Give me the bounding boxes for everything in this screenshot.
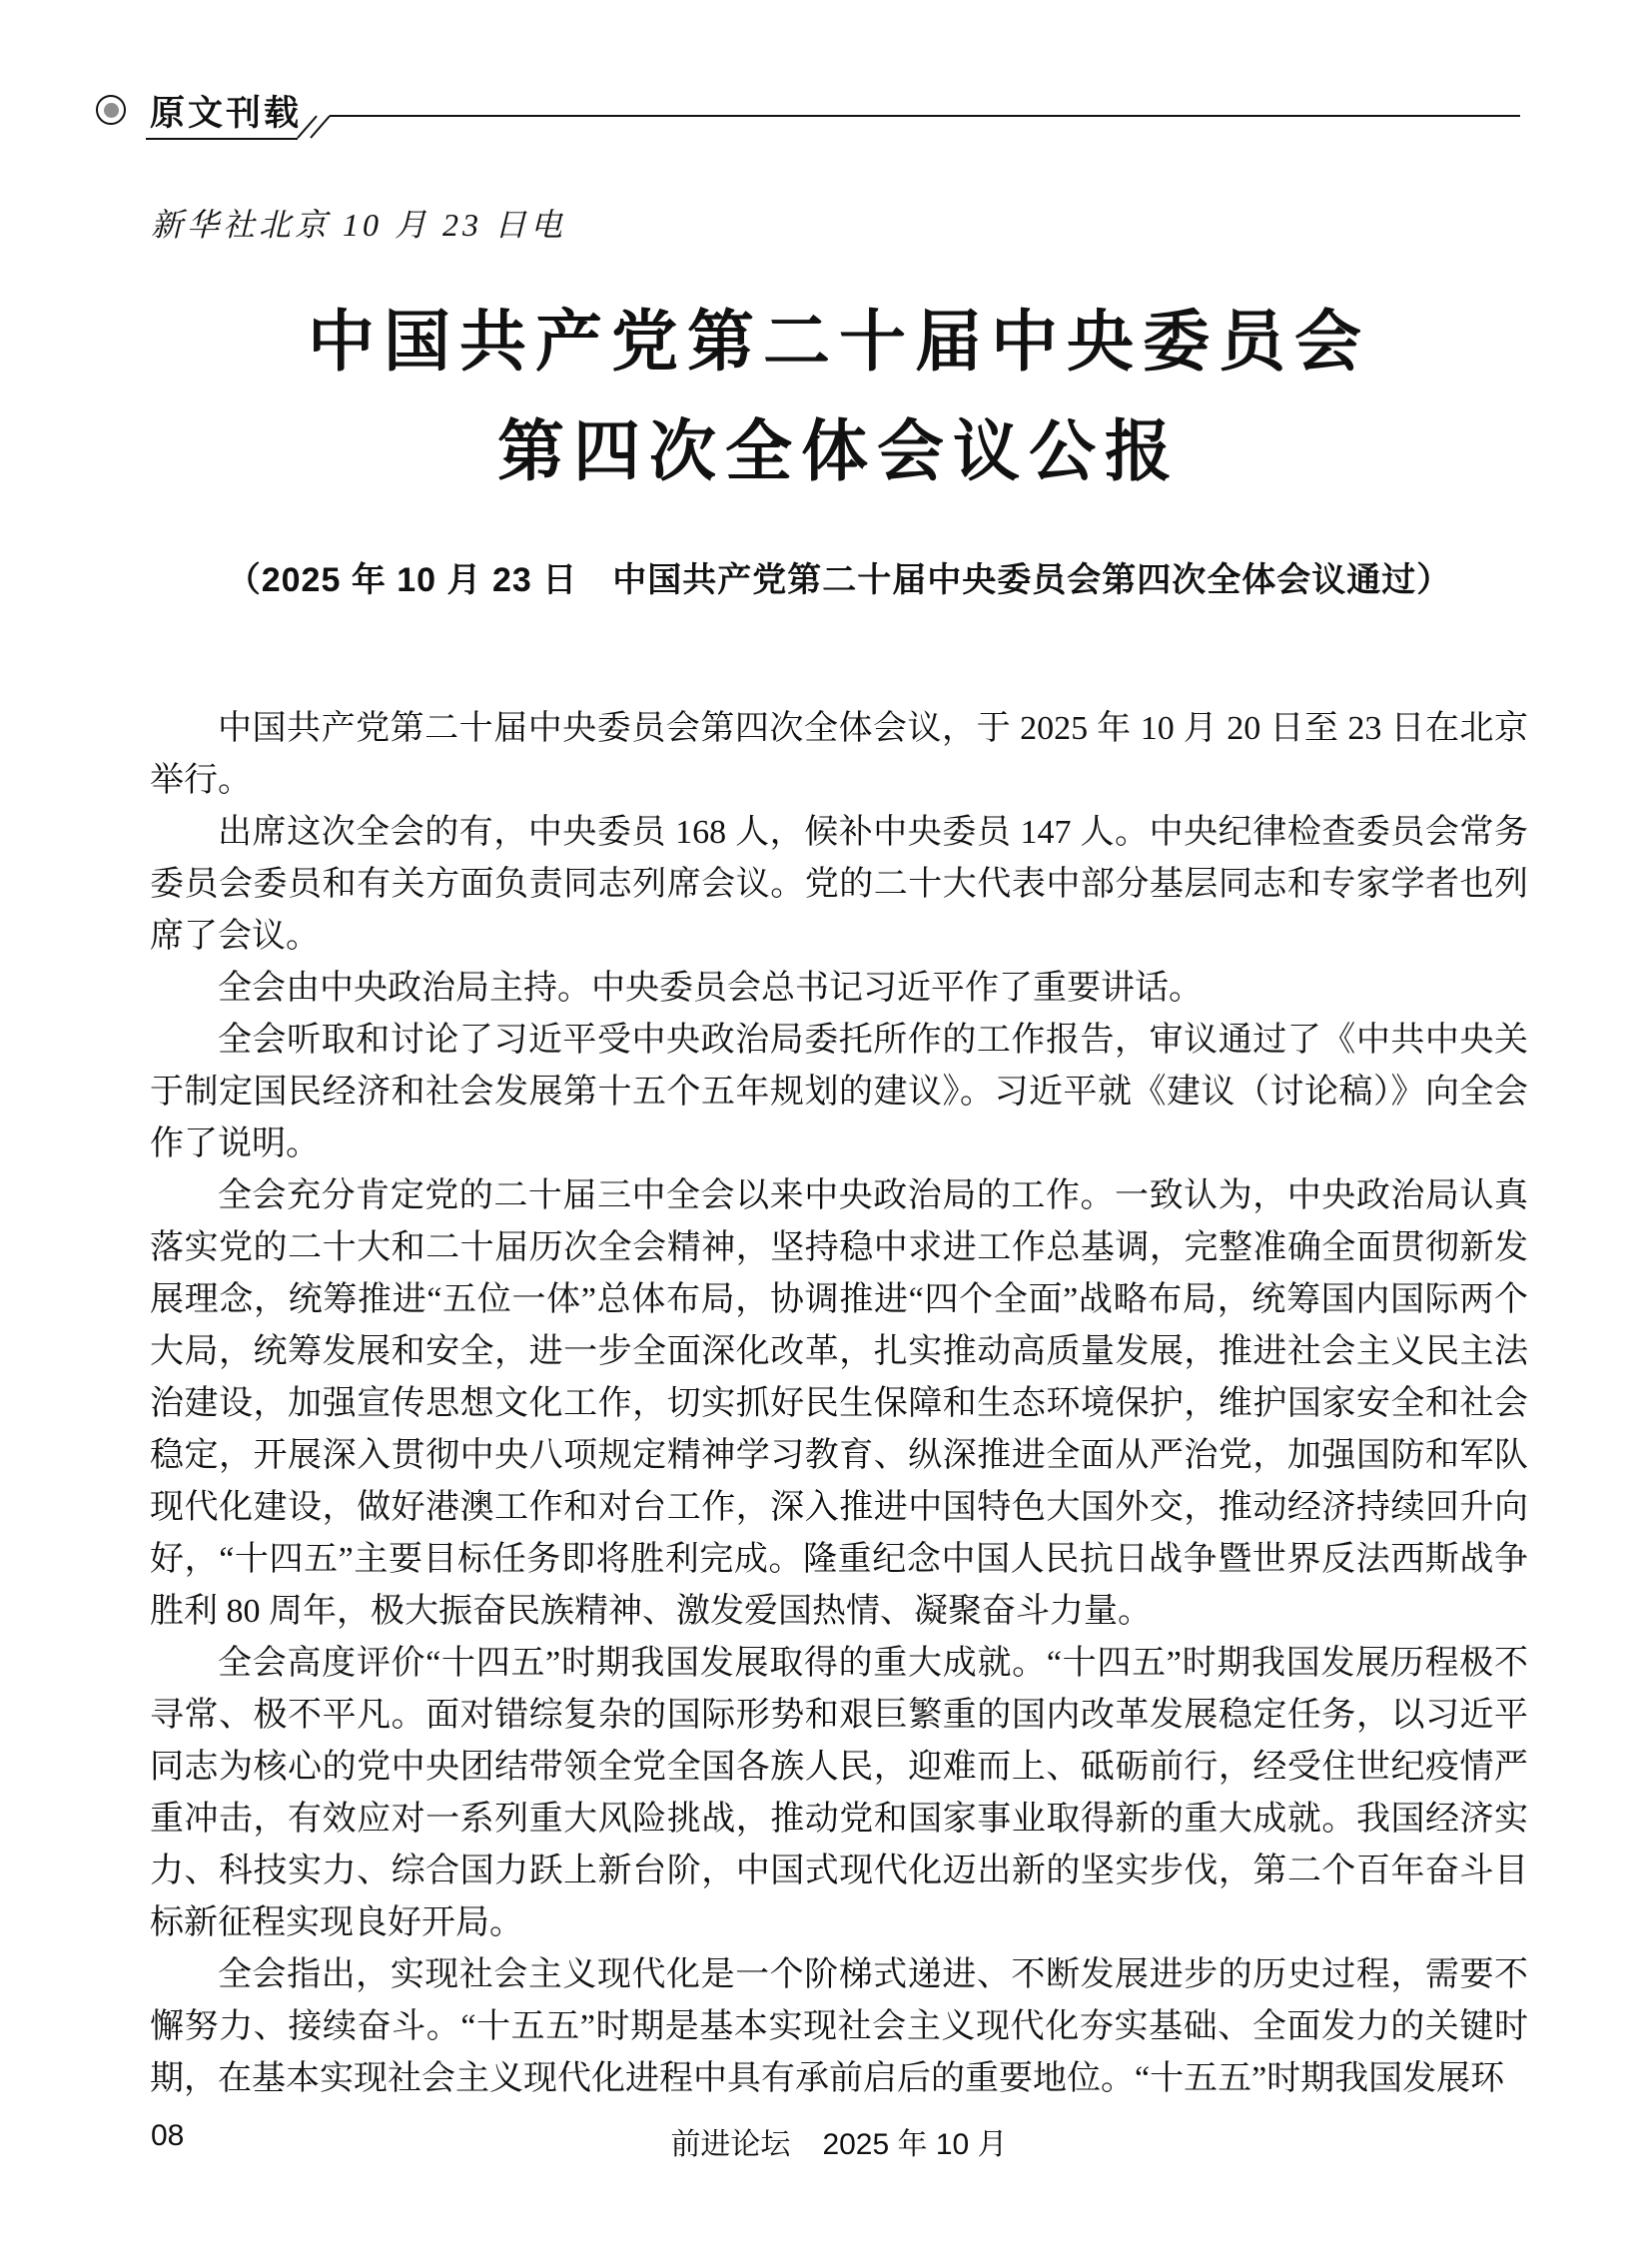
dateline: 新华社北京 10 月 23 日电 bbox=[151, 200, 566, 246]
bullseye-dot bbox=[104, 103, 119, 118]
column-header-label: 原文刊载 bbox=[150, 86, 302, 136]
footer-center: 前进论坛2025 年 10 月 bbox=[150, 2119, 1528, 2163]
body-paragraph-1: 中国共产党第二十届中央委员会第四次全体会议，于 2025 年 10 月 20 日… bbox=[150, 703, 1528, 807]
journal-issue: 2025 年 10 月 bbox=[822, 2128, 1007, 2161]
article-title-line1: 中国共产党第二十届中央委员会 bbox=[150, 289, 1528, 384]
body-paragraph-5: 全会充分肯定党的二十届三中全会以来中央政治局的工作。一致认为，中央政治局认真落实… bbox=[150, 1170, 1528, 1638]
bullseye-icon bbox=[96, 95, 126, 125]
magazine-page: 原文刊载 新华社北京 10 月 23 日电 中国共产党第二十届中央委员会 第四次… bbox=[0, 0, 1652, 2242]
body-paragraph-3: 全会由中央政治局主持。中央委员会总书记习近平作了重要讲话。 bbox=[150, 963, 1528, 1015]
body-paragraph-6: 全会高度评价“十四五”时期我国发展取得的重大成就。“十四五”时期我国发展历程极不… bbox=[150, 1638, 1528, 1949]
header-underline-rule bbox=[146, 138, 298, 140]
body-paragraph-2: 出席这次全会的有，中央委员 168 人，候补中央委员 147 人。中央纪律检查委… bbox=[150, 807, 1528, 963]
article-subtitle: （2025 年 10 月 23 日 中国共产党第二十届中央委员会第四次全体会议通… bbox=[150, 552, 1528, 601]
body-paragraph-4: 全会听取和讨论了习近平受中央政治局委托所作的工作报告，审议通过了《中共中央关于制… bbox=[150, 1015, 1528, 1170]
article-body: 中国共产党第二十届中央委员会第四次全体会议，于 2025 年 10 月 20 日… bbox=[150, 703, 1528, 2105]
article-title-line2: 第四次全体会议公报 bbox=[150, 398, 1528, 494]
body-paragraph-7: 全会指出，实现社会主义现代化是一个阶梯式递进、不断发展进步的历史过程，需要不懈努… bbox=[150, 1949, 1528, 2105]
header-long-rule bbox=[330, 115, 1520, 117]
journal-name: 前进论坛 bbox=[670, 2128, 790, 2161]
